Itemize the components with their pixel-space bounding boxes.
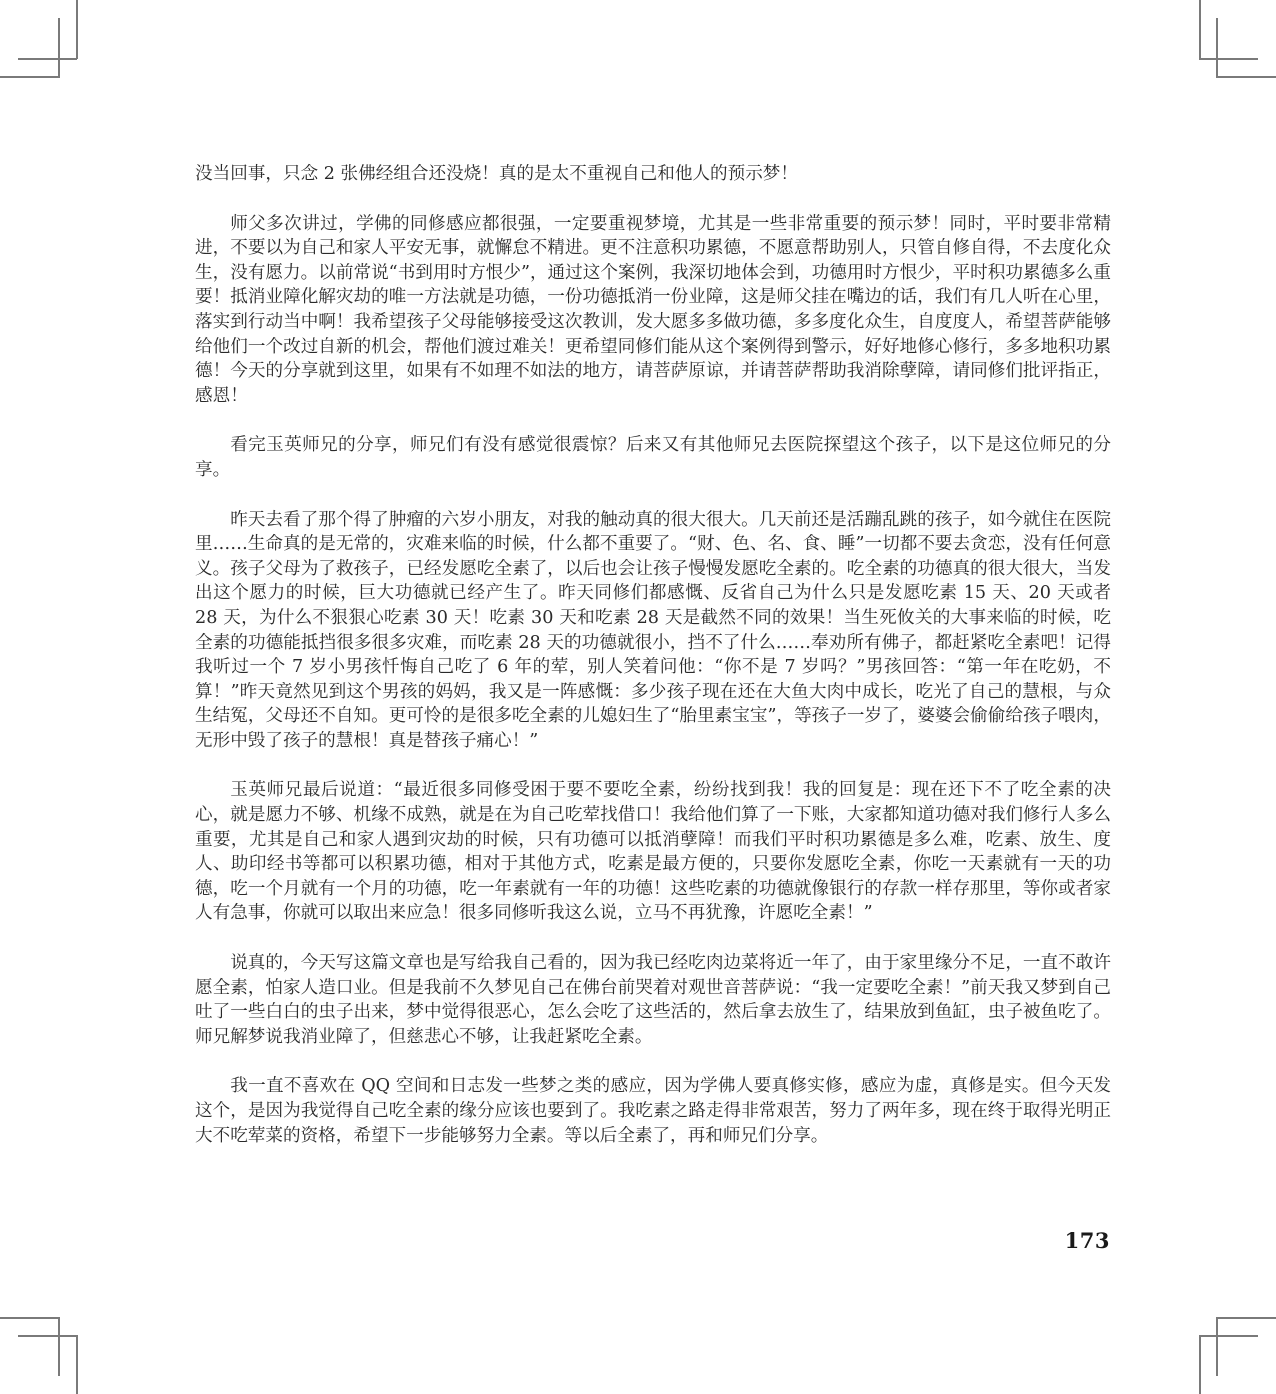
paragraph: 师父多次讲过，学佛的同修感应都很强，一定要重视梦境，尤其是一些非常重要的预示梦！… <box>195 212 1111 409</box>
crop-mark <box>58 18 60 77</box>
crop-mark <box>0 76 60 78</box>
crop-mark <box>76 1335 78 1394</box>
paragraph: 没当回事，只念 2 张佛经组合还没烧！真的是太不重视自己和他人的预示梦！ <box>195 162 1111 187</box>
crop-mark <box>1199 1335 1201 1394</box>
crop-mark <box>1216 18 1218 77</box>
page-number: 173 <box>1040 1228 1110 1253</box>
paragraph: 玉英师兄最后说道：“最近很多同修受困于要不要吃全素，纷纷找到我！我的回复是：现在… <box>195 778 1111 926</box>
paragraph: 昨天去看了那个得了肿瘤的六岁小朋友，对我的触动真的很大很大。几天前还是活蹦乱跳的… <box>195 508 1111 754</box>
crop-mark <box>1216 1317 1276 1319</box>
paragraph: 说真的，今天写这篇文章也是写给我自己看的，因为我已经吃肉边菜将近一年了，由于家里… <box>195 951 1111 1049</box>
crop-mark <box>76 0 78 59</box>
paragraph: 我一直不喜欢在 QQ 空间和日志发一些梦之类的感应，因为学佛人要真修实修，感应为… <box>195 1074 1111 1148</box>
crop-mark <box>0 1317 60 1319</box>
paragraph: 看完玉英师兄的分享，师兄们有没有感觉很震惊？后来又有其他师兄去医院探望这个孩子，… <box>195 433 1111 482</box>
crop-mark <box>1216 1317 1218 1376</box>
crop-mark <box>58 1317 60 1376</box>
crop-mark <box>1199 0 1201 59</box>
crop-mark <box>1216 76 1276 78</box>
crop-mark <box>1199 58 1258 60</box>
crop-mark <box>18 58 77 60</box>
crop-mark <box>18 1335 77 1337</box>
crop-mark <box>1199 1335 1258 1337</box>
body-text: 没当回事，只念 2 张佛经组合还没烧！真的是太不重视自己和他人的预示梦！ 师父多… <box>195 162 1111 1173</box>
